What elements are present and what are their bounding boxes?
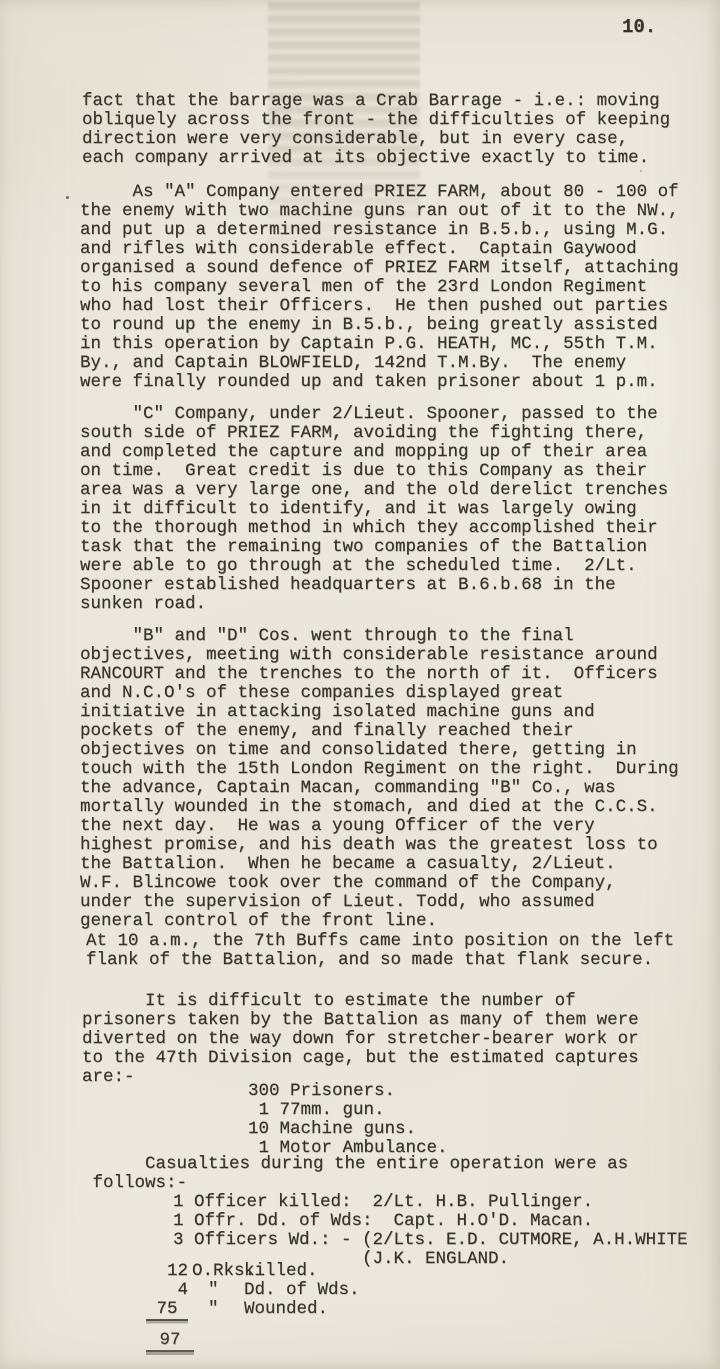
or-dow-label: Dd. of Wds.: [244, 1281, 360, 1300]
or-killed-label: killed.: [244, 1262, 318, 1281]
page-number: 10.: [622, 18, 656, 37]
ink-speck: [640, 170, 642, 172]
or-killed-count: 12: [158, 1262, 188, 1281]
officer-casualties-list: 1 Officer killed: 2/Lt. H.B. Pullinger. …: [173, 1193, 688, 1269]
scanned-document-page: 10. fact that the barrage was a Crab Bar…: [0, 0, 720, 1369]
paragraph-casualties-intro: Casualties during the entire operation w…: [82, 1155, 628, 1193]
paragraph-b-d-companies: "B" and "D" Cos. went through to the fin…: [80, 627, 679, 931]
ink-speck: [66, 196, 69, 199]
paragraph-barrage-intro: fact that the barrage was a Crab Barrage…: [82, 92, 670, 168]
paragraph-a-company: As "A" Company entered PRIEZ FARM, about…: [80, 183, 679, 392]
paragraph-c-company: "C" Company, under 2/Lieut. Spooner, pas…: [80, 405, 668, 614]
or-dow-count: 4: [158, 1281, 188, 1300]
or-wounded-label: Wounded.: [244, 1300, 328, 1319]
total-casualties: 97: [146, 1331, 194, 1352]
paragraph-7th-buffs: At 10 a.m., the 7th Buffs came into posi…: [86, 932, 674, 970]
or-wounded-ditto-mark: ": [208, 1300, 219, 1319]
captures-list: 300 Prisoners. 1 77mm. gun. 10 Machine g…: [248, 1082, 448, 1158]
or-dow-ditto-mark: ": [208, 1281, 219, 1300]
paragraph-prisoner-estimate: It is difficult to estimate the number o…: [82, 992, 639, 1087]
or-wounded-count: 75: [146, 1300, 188, 1321]
